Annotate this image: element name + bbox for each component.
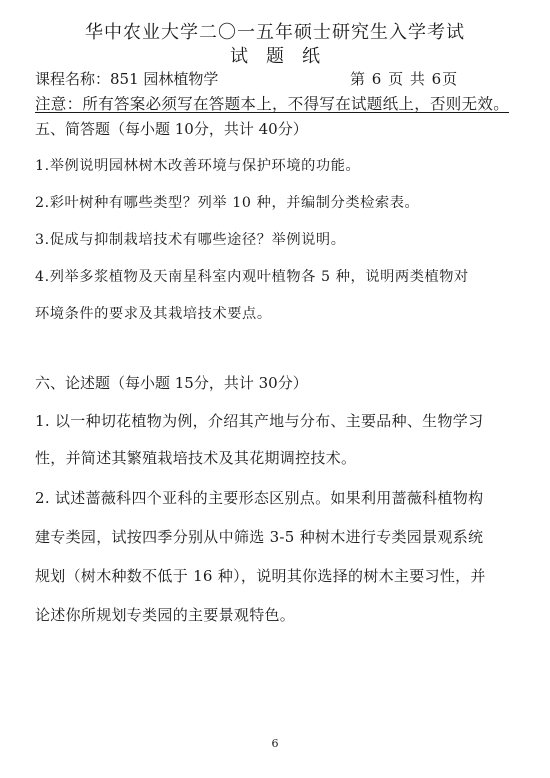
section-6-heading: 六、论述题（每小题 15分，共计 30分） [35, 372, 308, 393]
section-5-question-3: 3.促成与抑制栽培技术有哪些途径？举例说明。 [35, 229, 346, 249]
section-5-question-4: 4.列举多浆植物及天南星科室内观叶植物各 5 种，说明两类植物对 [35, 266, 469, 286]
page-number: 6 [0, 737, 550, 750]
section-5-question-4-cont: 环境条件的要求及其栽培技术要点。 [35, 303, 272, 323]
course-name: 课程名称：851 园林植物学 [35, 68, 218, 89]
section-6-question-2-cont3: 论述你所规划专类园的主要景观特色。 [35, 604, 295, 625]
exam-subtitle: 试题纸 [0, 42, 550, 68]
exam-notice: 注意：所有答案必须写在答题本上，不得写在试题纸上，否则无效。 [35, 92, 509, 114]
section-6-question-1: 1. 以一种切花植物为例，介绍其产地与分布、主要品种、生物学习 [35, 410, 483, 431]
section-6-question-2-cont2: 规划（树木种数不低于 16 种），说明其你选择的树木主要习性，并 [35, 565, 486, 586]
section-6-question-2-cont1: 建专类园，试按四季分别从中筛选 3-5 种树木进行专类园景观系统 [35, 526, 483, 547]
section-6-question-1-cont: 性，并简述其繁殖栽培技术及其花期调控技术。 [35, 447, 356, 468]
page-info: 第 6 页 共 6页 [350, 68, 458, 89]
exam-title: 华中农业大学二〇一五年硕士研究生入学考试 [0, 18, 550, 44]
section-6-question-2: 2. 试述蔷薇科四个亚科的主要形态区别点。如果利用蔷薇科植物构 [35, 487, 483, 508]
section-5-question-2: 2.彩叶树种有哪些类型？列举 10 种，并编制分类检索表。 [35, 192, 419, 212]
section-5-question-1: 1.举例说明园林树木改善环境与保护环境的功能。 [35, 155, 360, 175]
section-5-heading: 五、简答题（每小题 10分，共计 40分） [35, 118, 308, 139]
